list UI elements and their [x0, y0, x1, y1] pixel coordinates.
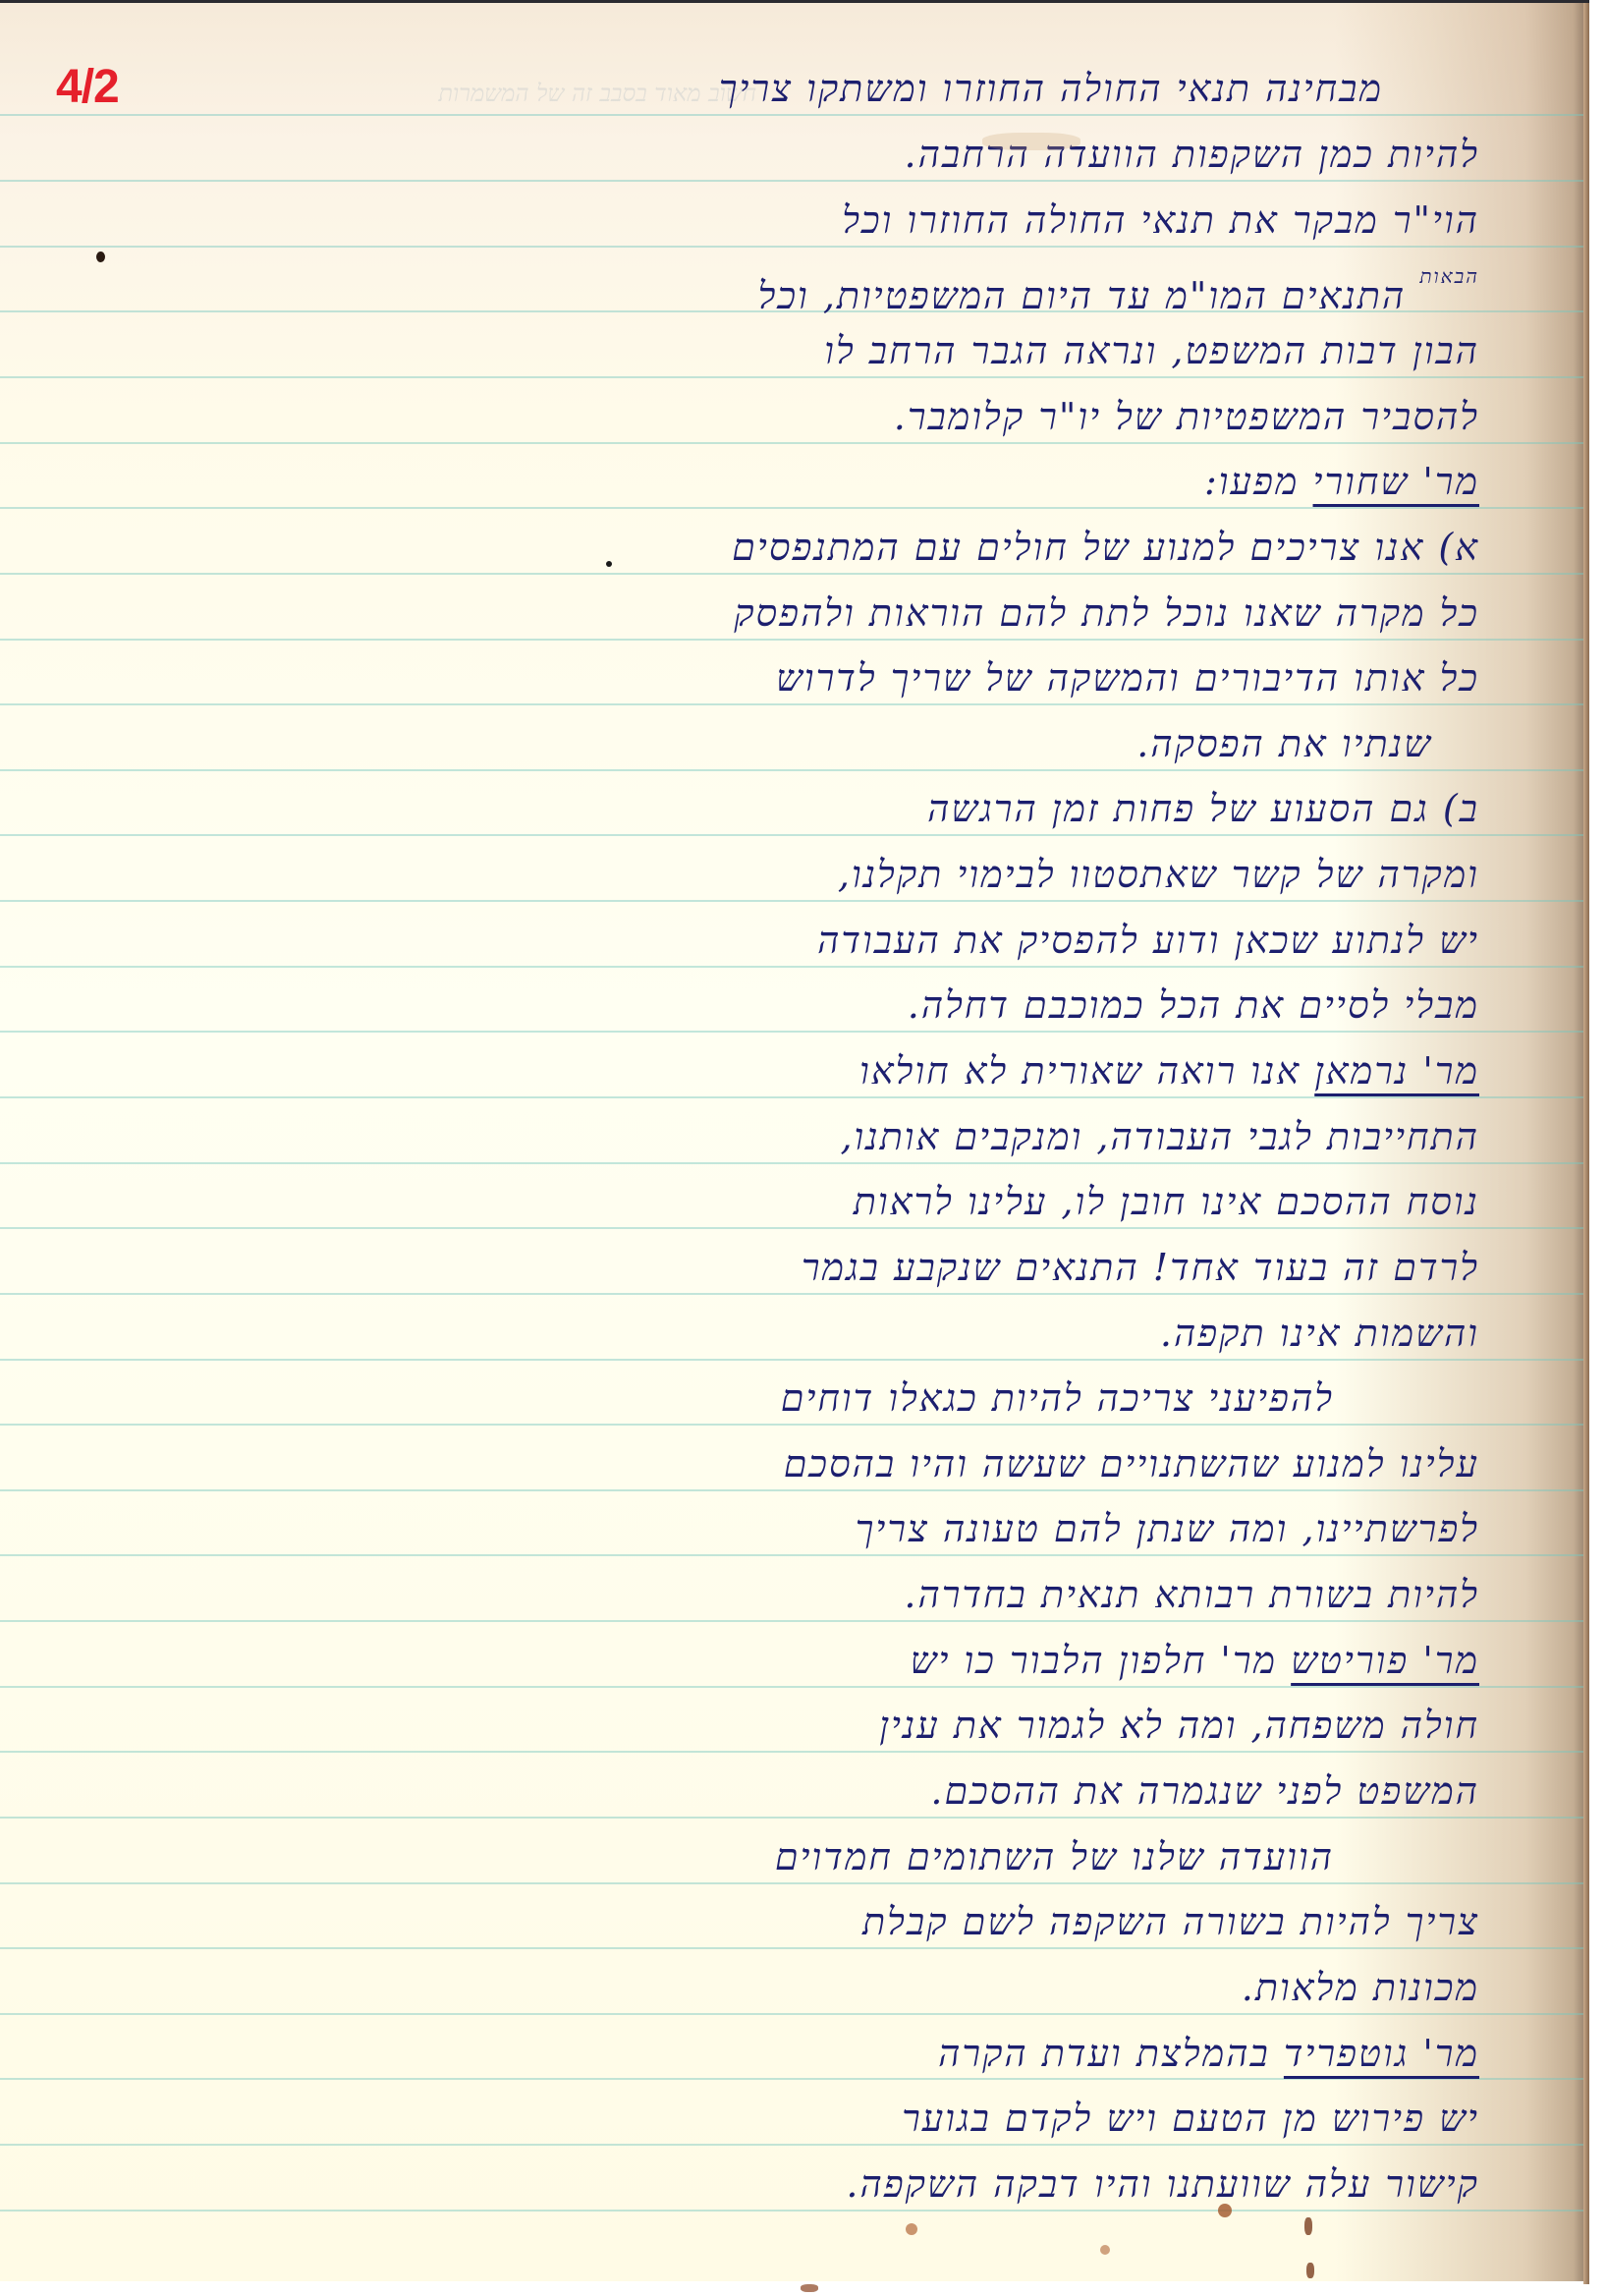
speaker-name: מר' גוטפריד	[1284, 2032, 1479, 2075]
handwritten-line: ומקרה של קשר שאתסטוו לבימוי תקלנו,	[838, 856, 1479, 893]
ruled-line	[0, 1096, 1589, 1098]
speaker-line: מר' פוריטש מר' חלפון הלבור כו יש	[911, 1642, 1479, 1679]
ruled-line	[0, 507, 1589, 509]
page-fold-shadow	[1583, 3, 1589, 2284]
handwritten-line: המשפט לפני שנגמרה את ההסכם.	[930, 1772, 1479, 1810]
handwritten-line: להפיעני צריכה להיות כגאלו דוחים	[781, 1379, 1334, 1417]
ruled-line	[0, 246, 1589, 248]
handwritten-line: שנתיו את הפסקה.	[1136, 725, 1432, 762]
handwritten-line: והשמות אינו תקפה.	[1160, 1315, 1479, 1352]
ink-dot	[96, 252, 105, 262]
ruled-line	[0, 2210, 1589, 2212]
ruled-line	[0, 1882, 1589, 1884]
ruled-line	[0, 1554, 1589, 1556]
rust-stain	[1304, 2217, 1312, 2235]
handwritten-line: מכונות מלאות.	[1242, 1969, 1479, 2006]
speaker-line: מר' גוטפריד בהמלצת ועדת הקרה	[938, 2035, 1479, 2072]
speaker-line: מר' שחורי מפעו:	[1204, 463, 1479, 500]
handwritten-line: עלינו למנוע שהשתנויים שעשה והיו בהסכם	[784, 1445, 1479, 1483]
handwritten-line: להסביר המשפטיות של יו"ר קלומבר.	[894, 398, 1479, 435]
ruled-line	[0, 1489, 1589, 1491]
handwritten-line: א) אנו צריכים למנוע של חולים עם המתנפסים	[732, 529, 1479, 566]
notebook-page: חשוב מאוד בסבב זה של המשמרות 4/2 מבחינה …	[0, 0, 1589, 2281]
ruled-line	[0, 1947, 1589, 1949]
handwritten-line: יש לנתוע שכאן ודוע להפסיק את העבודה	[817, 922, 1479, 959]
page-number-label: 4/2	[56, 64, 119, 111]
ruled-line	[0, 1817, 1589, 1819]
rust-stain	[1100, 2245, 1110, 2255]
rust-stain	[906, 2223, 917, 2235]
handwritten-line: הוי"ר מבקר את תנאי החולה החוזרו וכל	[842, 201, 1479, 239]
ruled-line	[0, 2078, 1589, 2080]
handwritten-line: כל אותו הדיבורים והמשקה של שריך לדרוש	[776, 659, 1479, 697]
ruled-line	[0, 1620, 1589, 1622]
ruled-line	[0, 573, 1589, 575]
handwritten-line: ב) גם הסעוע של פחות זמן הרגשה	[927, 790, 1479, 827]
ruled-line	[0, 1686, 1589, 1688]
ruled-line	[0, 442, 1589, 444]
handwritten-line: התחייבות לגבי העבודה, ומנקבים אותנו,	[840, 1118, 1479, 1155]
ruled-line	[0, 769, 1589, 771]
handwritten-line: צריך להיות בשורה השקפה לשם קבלת	[862, 1903, 1479, 1940]
ruled-line	[0, 1293, 1589, 1295]
ruled-line	[0, 2144, 1589, 2146]
bleed-through-text: חשוב מאוד בסבב זה של המשמרות	[147, 80, 756, 108]
ruled-line	[0, 1359, 1589, 1361]
speaker-line: מר' נרמאן אנו רואה שאורית לא חולאו	[859, 1052, 1479, 1090]
speaker-name: מר' שחורי	[1313, 460, 1479, 503]
ruled-line	[0, 376, 1589, 378]
ruled-line	[0, 639, 1589, 641]
handwritten-line: הוועדה שלנו של השתומים חמדוים	[775, 1838, 1334, 1876]
ruled-line	[0, 2013, 1589, 2015]
superscript-insertion: הבאות	[1419, 264, 1479, 288]
handwritten-line: הבון דבות המשפט, ונראה הגבר הרחב לו	[824, 332, 1479, 369]
handwritten-line: נוסח ההסכם אינו חובן לו, עלינו לראות	[854, 1183, 1479, 1220]
handwritten-line: לרדם זה בעוד אחד! התנאים שנקבע בגמר	[802, 1249, 1479, 1286]
ruled-line	[0, 966, 1589, 968]
ruled-line	[0, 180, 1589, 182]
ruled-line	[0, 114, 1589, 116]
speaker-name: מר' נרמאן	[1314, 1049, 1479, 1092]
rust-stain	[1218, 2204, 1232, 2217]
handwritten-line: קישור עלה שוועתנו והיו דבקה השקפה.	[846, 2165, 1479, 2203]
ruled-line	[0, 1227, 1589, 1229]
rust-stain	[1306, 2263, 1314, 2278]
rust-stain	[801, 2284, 818, 2292]
handwritten-line: הבאות התנאים המו"מ עד היום המשפטיות, וכל	[758, 266, 1479, 314]
ruled-line	[0, 900, 1589, 902]
ruled-line	[0, 1031, 1589, 1033]
handwritten-line: יש פירוש מן הטעם ויש לקדם בגוער	[902, 2100, 1479, 2137]
ink-dot	[606, 561, 612, 567]
speaker-name: מר' פוריטש	[1291, 1639, 1479, 1682]
handwritten-line: חולה משפחה, ומה לא לגמור את ענין	[879, 1707, 1479, 1744]
coffee-stain	[982, 133, 1080, 150]
ruled-line	[0, 703, 1589, 705]
ruled-line	[0, 1162, 1589, 1164]
handwritten-line: לפרשתיינו, ומה שנתן להם טעונה צריך	[856, 1510, 1479, 1547]
ruled-line	[0, 1424, 1589, 1426]
ruled-line	[0, 834, 1589, 836]
handwritten-line: מבחינה תנאי החולה החוזרו ומשתקו צריך	[719, 70, 1383, 107]
handwritten-line: להיות בשורת רבותא תנאית בחדרה.	[904, 1576, 1479, 1613]
ruled-line	[0, 1751, 1589, 1753]
handwritten-line: כל מקרה שאנו נוכל לתת להם הוראות ולהפסק	[734, 594, 1479, 632]
handwritten-line: מבלי לסיים את הכל כמוכבם דחלה.	[908, 986, 1479, 1024]
